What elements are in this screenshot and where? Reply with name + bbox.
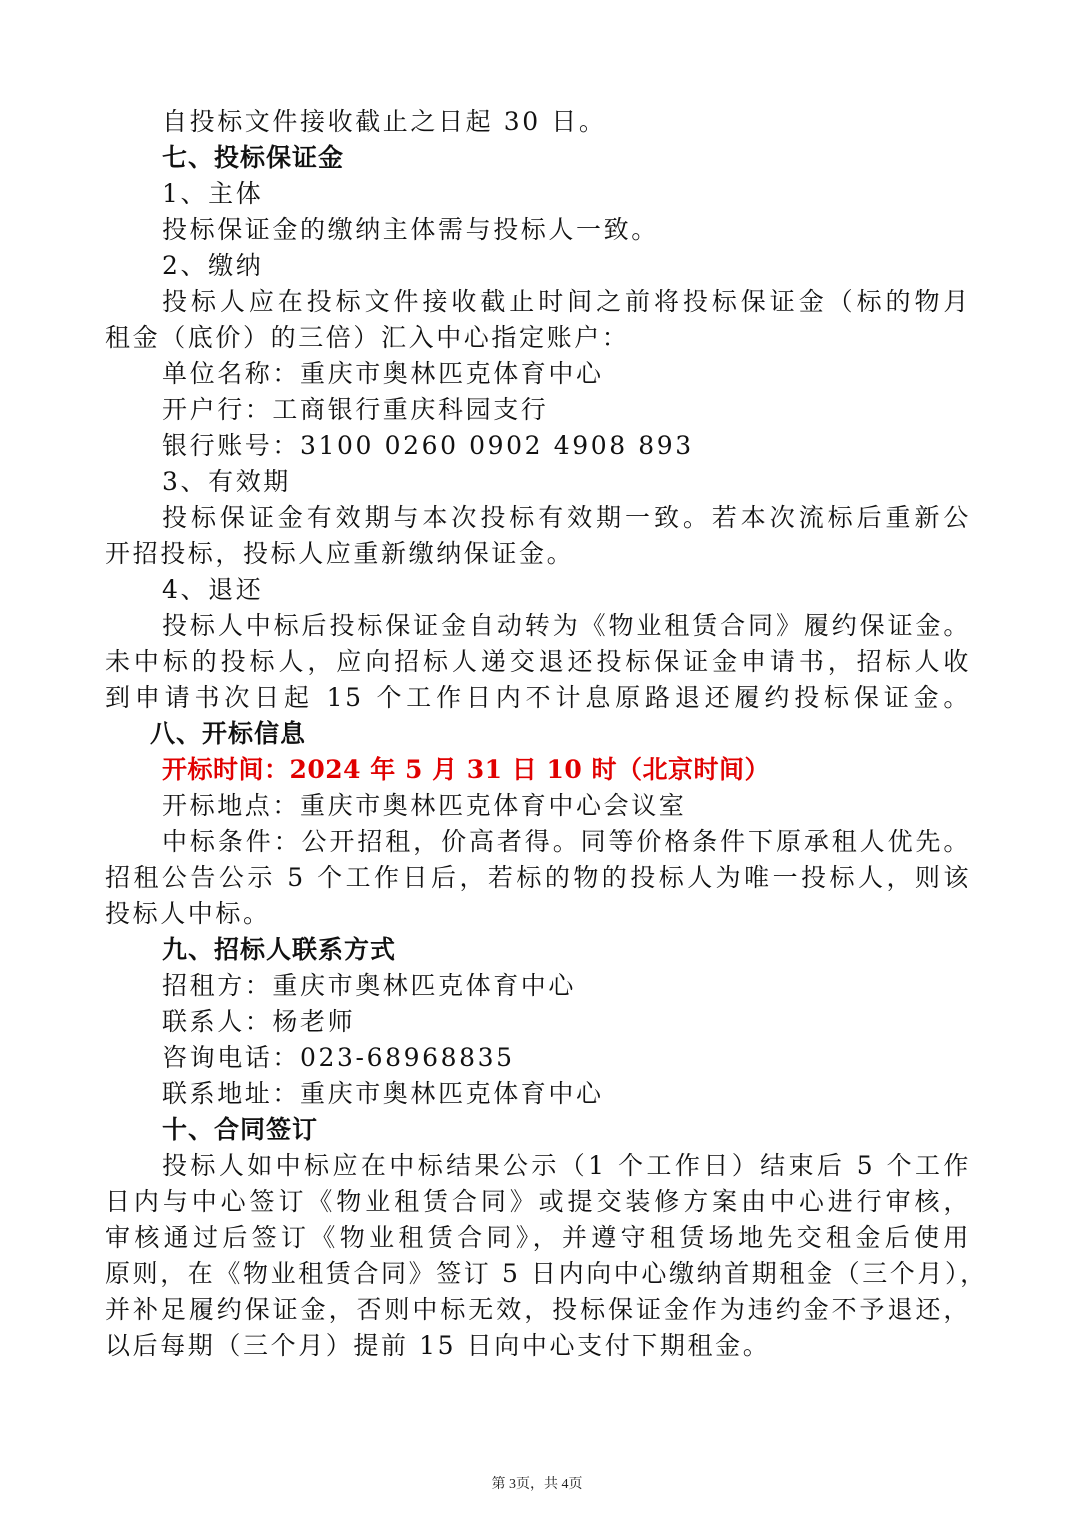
subheading-subject: 1、主体 xyxy=(162,176,971,212)
contact-address: 联系地址：重庆市奥林匹克体育中心 xyxy=(162,1076,971,1112)
refund-text-line-2: 未中标的投标人，应向招标人递交退还投标保证金申请书，招标人收 xyxy=(105,644,971,680)
document-page: 自投标文件接收截止之日起 30 日。 七、投标保证金 1、主体 投标保证金的缴纳… xyxy=(0,0,1074,1520)
contract-text-line-1: 投标人如中标应在中标结果公示（1 个工作日）结束后 5 个工作 xyxy=(162,1148,971,1184)
contract-text-line-3: 审核通过后签订《物业租赁合同》，并遵守租赁场地先交租金后使用 xyxy=(105,1220,971,1256)
section-10-heading: 十、合同签订 xyxy=(162,1112,971,1148)
payment-text-line-1: 投标人应在投标文件接收截止时间之前将投标保证金（标的物月 xyxy=(162,284,971,320)
subheading-validity: 3、有效期 xyxy=(162,464,971,500)
validity-text-line-2: 开招投标，投标人应重新缴纳保证金。 xyxy=(105,536,971,572)
contract-text-line-5: 并补足履约保证金，否则中标无效，投标保证金作为违约金不予退还， xyxy=(105,1292,971,1328)
refund-text-line-1: 投标人中标后投标保证金自动转为《物业租赁合同》履约保证金。 xyxy=(162,608,971,644)
award-conditions-line-2: 招租公告公示 5 个工作日后，若标的物的投标人为唯一投标人，则该 xyxy=(105,860,971,896)
contact-phone: 咨询电话：023-68968835 xyxy=(162,1040,971,1076)
contract-text-line-6: 以后每期（三个月）提前 15 日向中心支付下期租金。 xyxy=(105,1328,971,1364)
payment-text-line-2: 租金（底价）的三倍）汇入中心指定账户： xyxy=(105,320,971,356)
validity-text-line-1: 投标保证金有效期与本次投标有效期一致。若本次流标后重新公 xyxy=(162,500,971,536)
refund-text-line-3: 到申请书次日起 15 个工作日内不计息原路退还履约投标保证金。 xyxy=(105,680,971,716)
bid-opening-time: 开标时间：2024 年 5 月 31 日 10 时（北京时间） xyxy=(162,752,971,788)
award-conditions-line-3: 投标人中标。 xyxy=(105,896,971,932)
subheading-payment: 2、缴纳 xyxy=(162,248,971,284)
page-number-footer: 第 3页，共 4页 xyxy=(0,1473,1074,1493)
contract-text-line-2: 日内与中心签订《物业租赁合同》或提交装修方案由中心进行审核， xyxy=(105,1184,971,1220)
award-conditions-line-1: 中标条件：公开招租，价高者得。同等价格条件下原承租人优先。 xyxy=(162,824,971,860)
account-bank: 开户行：工商银行重庆科园支行 xyxy=(162,392,971,428)
subheading-refund: 4、退还 xyxy=(162,572,971,608)
bid-opening-location: 开标地点：重庆市奥林匹克体育中心会议室 xyxy=(162,788,971,824)
section-8-heading: 八、开标信息 xyxy=(150,716,1016,752)
contract-text-line-4: 原则，在《物业租赁合同》签订 5 日内向中心缴纳首期租金（三个月）， xyxy=(105,1256,971,1292)
contact-person: 联系人：杨老师 xyxy=(162,1004,971,1040)
section-7-heading: 七、投标保证金 xyxy=(162,140,971,176)
subject-text: 投标保证金的缴纳主体需与投标人一致。 xyxy=(162,212,971,248)
validity-period-text: 自投标文件接收截止之日起 30 日。 xyxy=(162,104,971,140)
account-name: 单位名称：重庆市奥林匹克体育中心 xyxy=(162,356,971,392)
lessor-name: 招租方：重庆市奥林匹克体育中心 xyxy=(162,968,971,1004)
section-9-heading: 九、招标人联系方式 xyxy=(162,932,971,968)
account-number: 银行账号：3100 0260 0902 4908 893 xyxy=(162,428,971,464)
